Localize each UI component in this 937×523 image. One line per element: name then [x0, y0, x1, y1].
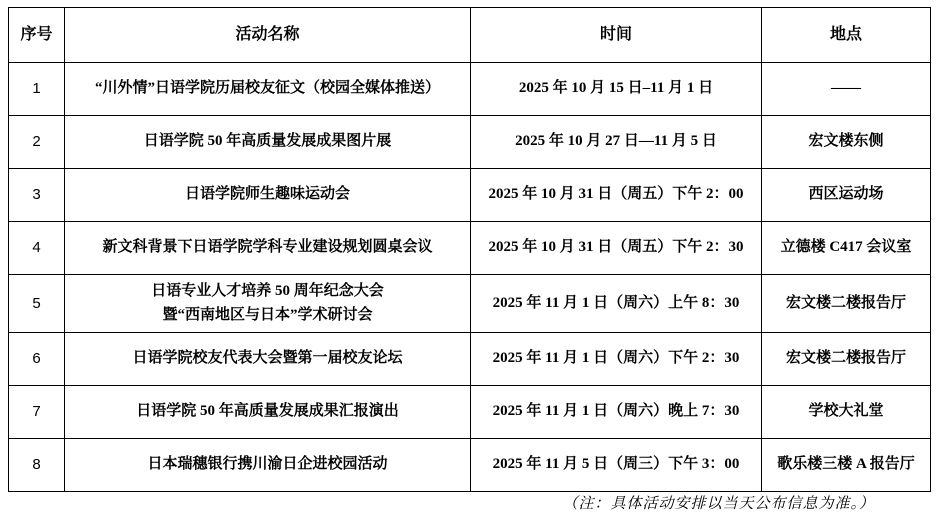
- cell-no: 7: [9, 386, 65, 439]
- event-schedule-table: 序号 活动名称 时间 地点 1 “川外情”日语学院历届校友征文（校园全媒体推送）…: [8, 7, 931, 492]
- cell-place: 立德楼 C417 会议室: [762, 222, 931, 275]
- cell-activity-name: 日语学院校友代表大会暨第一届校友论坛: [65, 333, 471, 386]
- cell-time: 2025 年 11 月 1 日（周六）晚上 7：30: [471, 386, 762, 439]
- cell-time: 2025 年 10 月 31 日（周五）下午 2：30: [471, 222, 762, 275]
- cell-activity-name: 日语学院 50 年高质量发展成果图片展: [65, 116, 471, 169]
- cell-place: 宏文楼二楼报告厅: [762, 275, 931, 333]
- table-row: 4 新文科背景下日语学院学科专业建设规划圆桌会议 2025 年 10 月 31 …: [9, 222, 931, 275]
- table-row: 6 日语学院校友代表大会暨第一届校友论坛 2025 年 11 月 1 日（周六）…: [9, 333, 931, 386]
- cell-place: 西区运动场: [762, 169, 931, 222]
- table-row: 5 日语专业人才培养 50 周年纪念大会 暨“西南地区与日本”学术研讨会 202…: [9, 275, 931, 333]
- table-row: 3 日语学院师生趣味运动会 2025 年 10 月 31 日（周五）下午 2：0…: [9, 169, 931, 222]
- cell-activity-name: 日语学院师生趣味运动会: [65, 169, 471, 222]
- cell-no: 4: [9, 222, 65, 275]
- cell-activity-name: “川外情”日语学院历届校友征文（校园全媒体推送）: [65, 63, 471, 116]
- cell-no: 2: [9, 116, 65, 169]
- cell-activity-name: 日本瑞穗银行携川渝日企进校园活动: [65, 439, 471, 492]
- col-header-time: 时间: [471, 8, 762, 63]
- cell-no: 3: [9, 169, 65, 222]
- cell-no: 5: [9, 275, 65, 333]
- cell-place: 歌乐楼三楼 A 报告厅: [762, 439, 931, 492]
- table-row: 8 日本瑞穗银行携川渝日企进校园活动 2025 年 11 月 5 日（周三）下午…: [9, 439, 931, 492]
- col-header-no: 序号: [9, 8, 65, 63]
- col-header-name: 活动名称: [65, 8, 471, 63]
- cell-time: 2025 年 10 月 27 日—11 月 5 日: [471, 116, 762, 169]
- cell-place: 学校大礼堂: [762, 386, 931, 439]
- cell-place: ——: [762, 63, 931, 116]
- col-header-place: 地点: [762, 8, 931, 63]
- table-row: 2 日语学院 50 年高质量发展成果图片展 2025 年 10 月 27 日—1…: [9, 116, 931, 169]
- cell-no: 6: [9, 333, 65, 386]
- cell-place: 宏文楼东侧: [762, 116, 931, 169]
- table-header-row: 序号 活动名称 时间 地点: [9, 8, 931, 63]
- cell-time: 2025 年 11 月 1 日（周六）上午 8：30: [471, 275, 762, 333]
- cell-no: 1: [9, 63, 65, 116]
- cell-activity-name: 新文科背景下日语学院学科专业建设规划圆桌会议: [65, 222, 471, 275]
- footnote: （注：具体活动安排以当天公布信息为准。）: [8, 492, 930, 513]
- cell-time: 2025 年 11 月 5 日（周三）下午 3：00: [471, 439, 762, 492]
- cell-activity-name: 日语专业人才培养 50 周年纪念大会 暨“西南地区与日本”学术研讨会: [65, 275, 471, 333]
- cell-no: 8: [9, 439, 65, 492]
- cell-activity-name: 日语学院 50 年高质量发展成果汇报演出: [65, 386, 471, 439]
- table-row: 7 日语学院 50 年高质量发展成果汇报演出 2025 年 11 月 1 日（周…: [9, 386, 931, 439]
- document-page: 序号 活动名称 时间 地点 1 “川外情”日语学院历届校友征文（校园全媒体推送）…: [0, 0, 937, 523]
- table-row: 1 “川外情”日语学院历届校友征文（校园全媒体推送） 2025 年 10 月 1…: [9, 63, 931, 116]
- cell-time: 2025 年 10 月 31 日（周五）下午 2：00: [471, 169, 762, 222]
- cell-time: 2025 年 10 月 15 日–11 月 1 日: [471, 63, 762, 116]
- cell-time: 2025 年 11 月 1 日（周六）下午 2：30: [471, 333, 762, 386]
- cell-place: 宏文楼二楼报告厅: [762, 333, 931, 386]
